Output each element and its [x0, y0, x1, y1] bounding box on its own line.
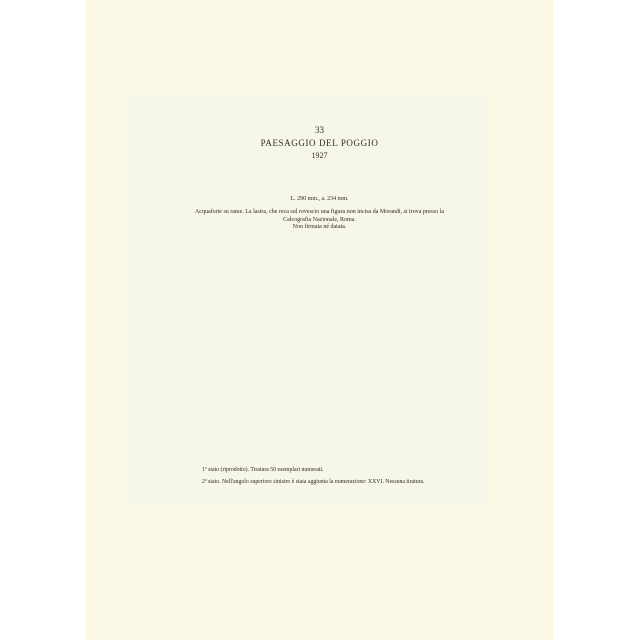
description-line: Acquaforte su rame. La lastra, che reca …	[86, 209, 553, 217]
plate-title: PAESAGGIO DEL POGGIO	[86, 138, 553, 148]
plate-description: Acquaforte su rame. La lastra, che reca …	[86, 209, 553, 232]
plate-dimensions: L. 290 mm., a. 234 mm.	[86, 196, 553, 202]
plate-year: 1927	[86, 151, 553, 160]
description-line: Calcografia Nazionale, Roma.	[86, 217, 553, 225]
catalogue-page: 33 PAESAGGIO DEL POGGIO 1927 L. 290 mm.,…	[86, 0, 553, 640]
state-first: 1º stato (riprodotto). Tiratura 50 esemp…	[202, 467, 324, 473]
plate-number: 33	[86, 125, 553, 135]
state-second: 2º stato. Nell'angolo superiore sinistro…	[202, 479, 425, 485]
description-line: Non firmata né datata.	[86, 224, 553, 232]
